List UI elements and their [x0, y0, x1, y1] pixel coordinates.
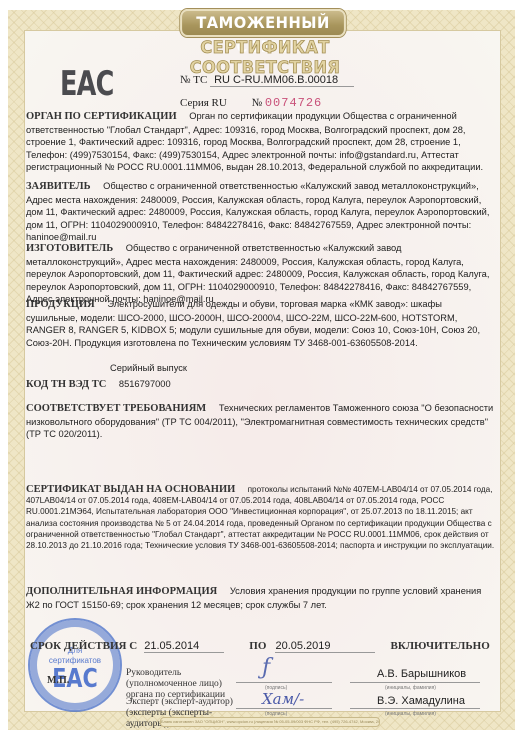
expert-name: В.Э. Хамадулина — [377, 695, 465, 707]
validity-period: СРОК ДЕЙСТВИЯ С 21.05.2014 ПО 20.05.2019… — [30, 640, 510, 653]
certificate-number-value: RU C-RU.MM06.B.00018 — [210, 74, 354, 87]
certificate-number-label: № ТС — [180, 74, 207, 86]
certificate-title: СЕРТИФИКАТ СООТВЕТСТВИЯ — [151, 38, 379, 78]
series-no-label: № — [252, 97, 263, 109]
section-applicant: ЗАЯВИТЕЛЬ Общество с ограниченной ответс… — [26, 180, 496, 244]
section-requirements: СООТВЕТСТВУЕТ ТРЕБОВАНИЯМ Технических ре… — [26, 402, 496, 441]
section-product: ПРОДУКЦИЯ Электросушители для одежды и о… — [26, 298, 496, 349]
expert-signature: Хам/- — [262, 690, 304, 708]
section-additional-info: ДОПОЛНИТЕЛЬНАЯ ИНФОРМАЦИЯ Условия хранен… — [26, 585, 496, 611]
series: Серия RU № 0074726 — [180, 96, 322, 110]
section-value: 8516797000 — [119, 379, 171, 389]
head-signature-line — [236, 682, 332, 683]
section-manufacturer: ИЗГОТОВИТЕЛЬ Общество с ограниченной отв… — [26, 242, 496, 306]
section-text: протоколы испытаний №№ 407EM-LAB04/14 от… — [26, 485, 494, 550]
series-number: 0074726 — [265, 96, 322, 110]
section-label: ОРГАН ПО СЕРТИФИКАЦИИ — [26, 111, 177, 122]
section-label: СЕРТИФИКАТ ВЫДАН НА ОСНОВАНИИ — [26, 484, 235, 495]
section-tn-ved: КОД ТН ВЭД ТС 8516797000 — [26, 378, 496, 392]
release-type: Серийный выпуск — [110, 362, 310, 375]
section-label: СООТВЕТСТВУЕТ ТРЕБОВАНИЯМ — [26, 403, 206, 414]
section-text: Общество с ограниченной ответственностью… — [26, 181, 489, 242]
validity-to-date: 20.05.2019 — [275, 640, 375, 653]
section-label: ИЗГОТОВИТЕЛЬ — [26, 243, 113, 254]
eac-logo-icon: ЕАС — [60, 64, 114, 104]
section-label: ЗАЯВИТЕЛЬ — [26, 181, 91, 192]
expert-name-line — [350, 708, 480, 709]
validity-inclusive: ВКЛЮЧИТЕЛЬНО — [391, 640, 490, 652]
validity-from-label: СРОК ДЕЙСТВИЯ С — [30, 640, 137, 652]
section-label: ДОПОЛНИТЕЛЬНАЯ ИНФОРМАЦИЯ — [26, 586, 217, 597]
certificate-number: № ТС RU C-RU.MM06.B.00018 — [180, 74, 354, 87]
section-basis: СЕРТИФИКАТ ВЫДАН НА ОСНОВАНИИ протоколы … — [26, 484, 496, 551]
seal-place: М.П. — [47, 675, 69, 686]
printer-imprint: Бланк изготовлен ЗАО "ОПЦИОН", www.opcio… — [160, 717, 380, 727]
head-name-line — [350, 682, 480, 683]
section-certification-body: ОРГАН ПО СЕРТИФИКАЦИИ Орган по сертифика… — [26, 110, 496, 174]
head-signature: ƒ — [262, 655, 270, 680]
section-label: ПРОДУКЦИЯ — [26, 299, 95, 310]
validity-to-label: ПО — [249, 640, 266, 652]
validity-from-date: 21.05.2014 — [144, 640, 224, 653]
series-label: Серия RU — [180, 97, 227, 109]
customs-union-banner: ТАМОЖЕННЫЙ СОЮЗ — [180, 9, 346, 37]
head-name: А.В. Барышников — [377, 668, 466, 680]
expert-name-caption: (инициалы, фамилия) — [385, 711, 436, 717]
expert-signature-line — [236, 708, 332, 709]
section-label: КОД ТН ВЭД ТС — [26, 379, 106, 390]
certification-stamp: Для сертификатов ЕАС — [28, 618, 122, 712]
head-name-caption: (инициалы, фамилия) — [385, 685, 436, 691]
